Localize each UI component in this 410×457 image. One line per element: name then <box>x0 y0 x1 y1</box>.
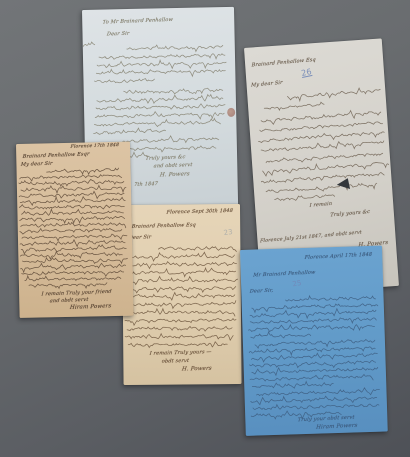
handwriting-line <box>261 109 381 126</box>
handwriting-line <box>21 262 126 272</box>
handwriting-line <box>21 184 126 194</box>
handwriting-line <box>250 317 376 326</box>
handwriting-line <box>125 268 236 277</box>
salutation: Dear Sir <box>107 32 130 38</box>
handwriting-line <box>253 402 379 411</box>
handwriting-line <box>29 283 107 290</box>
collector-number-mark: 23 <box>223 229 233 237</box>
handwriting-line <box>94 78 154 83</box>
handwriting-line <box>158 246 236 252</box>
handwriting-line <box>261 172 384 185</box>
handwriting-line <box>95 110 224 121</box>
handwriting-line <box>285 294 375 302</box>
handwriting-line <box>20 239 125 248</box>
handwriting-line <box>255 339 375 349</box>
handwriting-line <box>22 270 124 278</box>
handwriting-line <box>97 59 226 70</box>
handwriting-line <box>20 250 122 259</box>
signature: H. Powers <box>181 367 211 373</box>
letter-sheet-tan: Florence 17th 1848 Brainard Penhallow Es… <box>16 142 134 318</box>
signature: H. Powers <box>160 172 190 179</box>
handwriting-line <box>127 276 238 285</box>
handwriting-line <box>251 331 311 339</box>
handwriting-line <box>19 179 124 187</box>
handwriting-line <box>123 135 219 144</box>
date-line: 7th 1847 <box>134 182 158 188</box>
handwriting-line <box>127 308 235 317</box>
wax-seal-spot <box>227 108 235 117</box>
handwriting-line <box>126 252 234 261</box>
handwriting-line <box>21 244 126 253</box>
letter-sheet-cream: Florence Sept 30th 1848 Brainard Penhall… <box>122 204 242 385</box>
handwriting-line <box>260 121 383 133</box>
handwriting-line <box>83 42 95 47</box>
handwriting-line <box>266 151 383 165</box>
handwriting-line <box>20 196 125 206</box>
handwriting-line <box>125 286 236 292</box>
handwriting-line <box>252 303 378 313</box>
handwriting-line <box>127 326 232 332</box>
handwriting-line <box>22 256 127 265</box>
handwriting-line <box>125 318 236 325</box>
handwriting-line <box>251 394 377 406</box>
handwriting-line <box>249 346 375 357</box>
handwriting-line <box>127 44 223 53</box>
handwriting-line <box>252 381 333 390</box>
handwriting-line <box>125 301 236 309</box>
handwriting-line <box>47 168 119 175</box>
handwriting-line <box>264 102 324 111</box>
auction-photo-letter-group: To Mr Brainard Penhallow Dear Sir Truly … <box>0 0 410 457</box>
handwriting-line <box>125 261 236 269</box>
handwriting-line <box>124 88 223 95</box>
handwriting-line <box>96 103 225 110</box>
handwriting-line <box>250 374 373 384</box>
handwriting-line <box>21 208 123 216</box>
handwriting-line <box>96 67 225 78</box>
letter-sheet-blue: Florence April 17th 1848 Mr Brainard Pen… <box>240 246 388 436</box>
handwriting-line <box>256 387 379 398</box>
handwriting-line <box>20 227 122 234</box>
handwriting-line <box>20 174 122 181</box>
handwriting-line <box>262 159 388 176</box>
handwriting-line <box>251 351 377 362</box>
handwriting-line <box>97 94 223 104</box>
handwriting-line <box>19 203 124 211</box>
handwriting-line <box>125 333 233 341</box>
handwriting-line <box>127 292 235 300</box>
handwriting-line <box>93 128 165 135</box>
handwriting-line <box>266 182 377 197</box>
handwriting-line <box>287 87 380 102</box>
handwriting-line <box>248 322 374 333</box>
closing-line: obdt servt <box>161 359 189 365</box>
handwriting-line <box>94 118 220 128</box>
handwriting-line <box>128 342 227 348</box>
handwriting-line <box>99 53 225 61</box>
